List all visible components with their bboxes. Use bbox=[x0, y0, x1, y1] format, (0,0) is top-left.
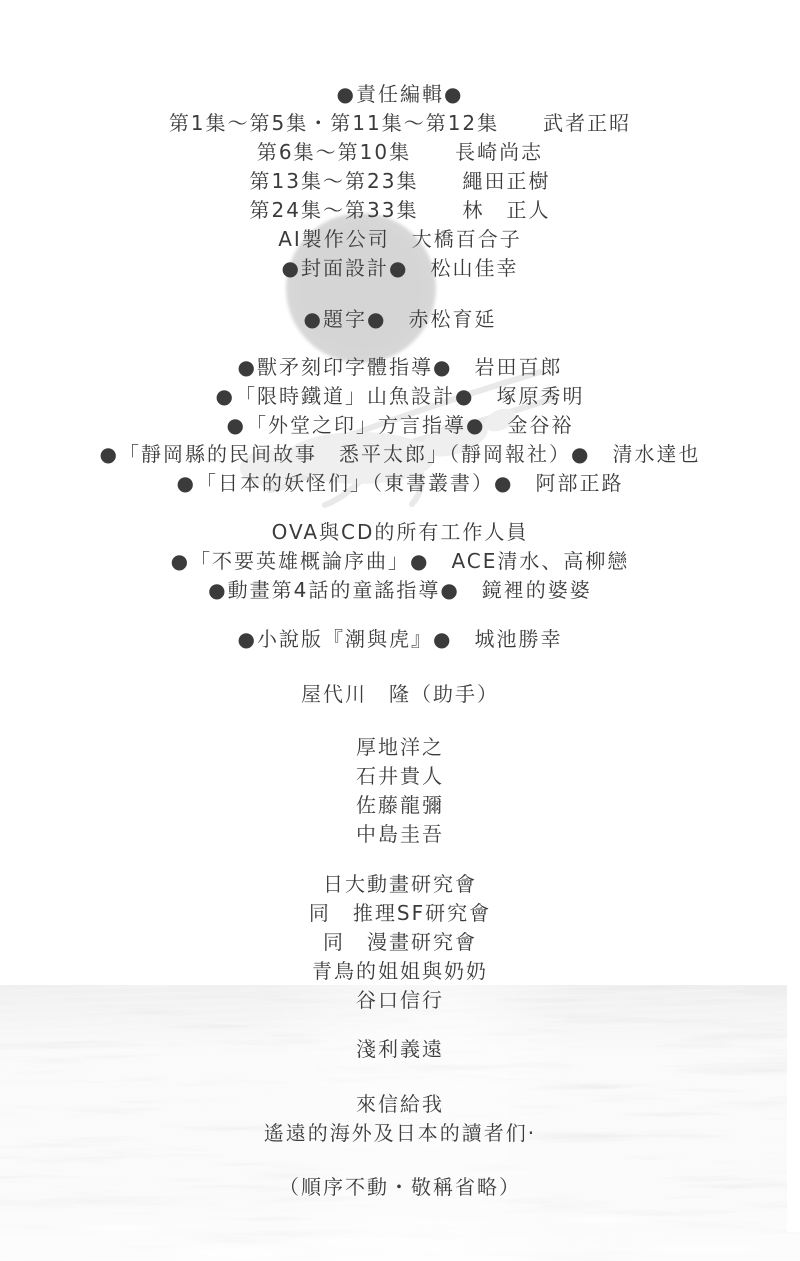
credit-line: ●獸矛刻印字體指導● 岩田百郎 bbox=[0, 353, 800, 382]
credit-line: OVA與CD的所有工作人員 bbox=[0, 518, 800, 547]
credit-line: 第24集～第33集 林 正人 bbox=[0, 196, 800, 225]
credits-section-assistant_chief: 屋代川 隆（助手） bbox=[0, 680, 800, 709]
credits-section-calligraphy: ●題字● 赤松育延 bbox=[0, 305, 800, 334]
credits-section-editors: ●責任編輯●第1集～第5集・第11集～第12集 武者正昭第6集～第10集 長崎尚… bbox=[0, 80, 800, 283]
credit-line: 厚地洋之 bbox=[0, 733, 800, 762]
credit-line: （順序不動・敬稱省略） bbox=[0, 1173, 800, 1202]
credit-line: 青鳥的姐姐與奶奶 bbox=[0, 957, 800, 986]
credits: ●責任編輯●第1集～第5集・第11集～第12集 武者正昭第6集～第10集 長崎尚… bbox=[0, 0, 800, 1261]
credit-line: 第1集～第5集・第11集～第12集 武者正昭 bbox=[0, 109, 800, 138]
credits-section-ova: OVA與CD的所有工作人員●「不要英雄概論序曲」● ACE清水、高柳戀●動畫第4… bbox=[0, 518, 800, 605]
credit-line: ●小說版『潮與虎』● 城池勝幸 bbox=[0, 625, 800, 654]
credits-section-clubs: 日大動畫研究會同 推理SF研究會同 漫畫研究會青鳥的姐姐與奶奶谷口信行 bbox=[0, 870, 800, 1015]
credit-line: 淺利義遠 bbox=[0, 1035, 800, 1064]
credits-section-letters: 來信給我遙遠的海外及日本的讀者们· bbox=[0, 1090, 800, 1148]
credit-line: 佐藤龍彌 bbox=[0, 791, 800, 820]
credit-line: 第6集～第10集 長崎尚志 bbox=[0, 138, 800, 167]
credit-line: ●「日本的妖怪们」（東書叢書）● 阿部正路 bbox=[0, 469, 800, 498]
credit-line: 谷口信行 bbox=[0, 986, 800, 1015]
credit-line: ●動畫第4話的童謠指導● 鏡裡的婆婆 bbox=[0, 576, 800, 605]
credits-section-novel: ●小說版『潮與虎』● 城池勝幸 bbox=[0, 625, 800, 654]
credit-line: 遙遠的海外及日本的讀者们· bbox=[0, 1119, 800, 1148]
credit-line: ●「限時鐵道」山魚設計● 塚原秀明 bbox=[0, 382, 800, 411]
credit-line: 同 推理SF研究會 bbox=[0, 899, 800, 928]
credit-line: ●「外堂之印」方言指導● 金谷裕 bbox=[0, 411, 800, 440]
credit-line: ●封面設計● 松山佳幸 bbox=[0, 254, 800, 283]
credit-line: ●題字● 赤松育延 bbox=[0, 305, 800, 334]
credit-line: 中島圭吾 bbox=[0, 820, 800, 849]
credits-section-asari: 淺利義遠 bbox=[0, 1035, 800, 1064]
credit-line: 來信給我 bbox=[0, 1090, 800, 1119]
credits-section-advisors: ●獸矛刻印字體指導● 岩田百郎●「限時鐵道」山魚設計● 塚原秀明●「外堂之印」方… bbox=[0, 353, 800, 498]
credit-line: 第13集～第23集 繩田正樹 bbox=[0, 167, 800, 196]
credit-line: ●「靜岡縣的民间故事 悉平太郎」（靜岡報社）● 清水達也 bbox=[0, 440, 800, 469]
credit-line: 屋代川 隆（助手） bbox=[0, 680, 800, 709]
credits-section-note: （順序不動・敬稱省略） bbox=[0, 1173, 800, 1202]
credit-line: 同 漫畫研究會 bbox=[0, 928, 800, 957]
credits-section-assistants: 厚地洋之石井貴人佐藤龍彌中島圭吾 bbox=[0, 733, 800, 849]
credit-line: ●責任編輯● bbox=[0, 80, 800, 109]
credit-line: AI製作公司 大橋百合子 bbox=[0, 225, 800, 254]
credit-line: 日大動畫研究會 bbox=[0, 870, 800, 899]
credit-line: 石井貴人 bbox=[0, 762, 800, 791]
credit-line: ●「不要英雄概論序曲」● ACE清水、高柳戀 bbox=[0, 547, 800, 576]
